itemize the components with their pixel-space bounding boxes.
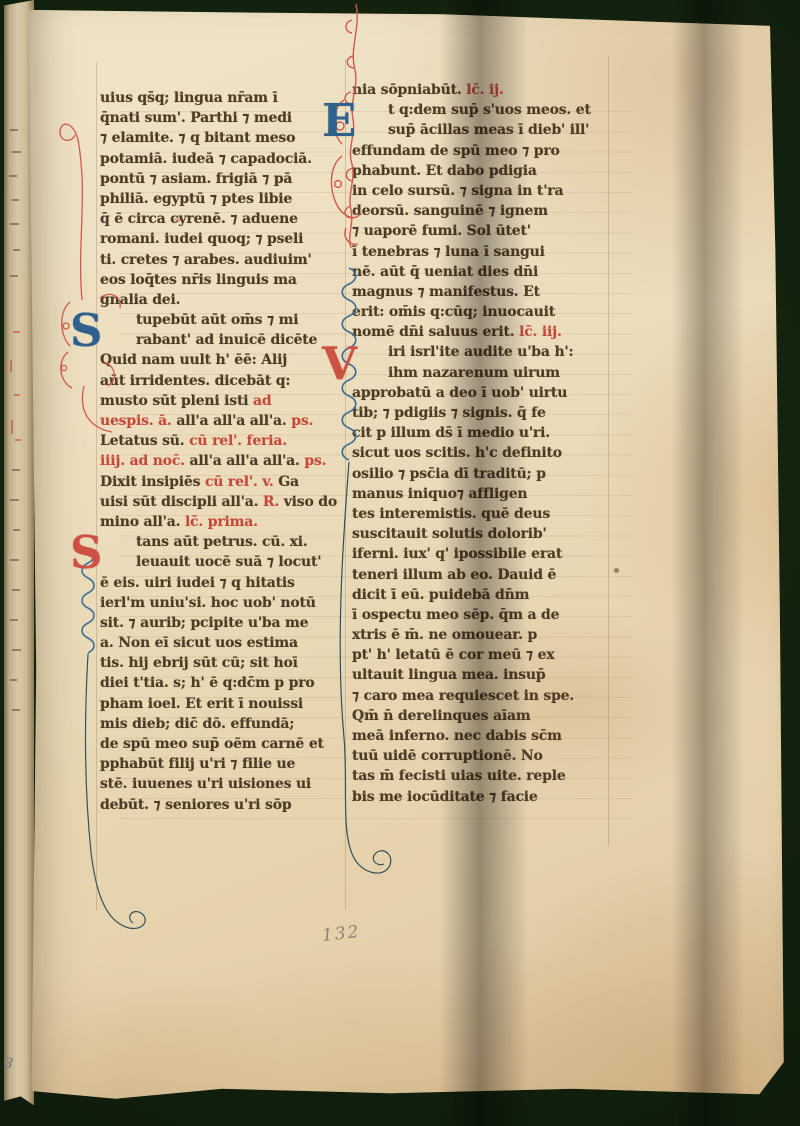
body-text: deorsū. sanguinē ⁊ ignem	[352, 203, 548, 219]
body-text: musto sūt pleni isti	[100, 393, 253, 409]
manuscript-photo: uius qs̄q; lingua nr̄am īq̄nati sum'. Pa…	[0, 0, 800, 1126]
ruling-line-center	[345, 58, 346, 910]
manuscript-text-line: iferni. iux' q' ipossibile erat	[352, 544, 604, 564]
manuscript-text-line: tas m̄ fecisti uias uite. reple	[352, 766, 604, 786]
body-text: Quid nam uult h' ēē: Alij	[100, 352, 287, 368]
body-text: ⁊ caro mea requiescet in spe.	[352, 688, 574, 704]
ink-spot	[614, 568, 619, 573]
manuscript-text-line: leuauit uocē suā ⁊ locut'	[136, 552, 340, 572]
body-text: ⁊ elamite. ⁊ q bitant meso	[100, 130, 295, 146]
body-text: ⁊ uaporē fumi. Sol ūtet'	[352, 223, 531, 239]
body-text: all'a all'a all'a.	[176, 413, 291, 429]
manuscript-text-line: sit. ⁊ aurib; pcipite u'ba me	[100, 613, 340, 633]
manuscript-text-line: in celo sursū. ⁊ signa in t'ra	[352, 181, 604, 201]
manuscript-text-line: pontū ⁊ asiam. frigiā ⁊ pā	[100, 169, 340, 189]
manuscript-text-line: Dixit insipiēs cū rel'. v. Ga	[100, 472, 340, 492]
manuscript-text-line: ē eis. uiri iudei ⁊ q hitatis	[100, 573, 340, 593]
manuscript-text-line: a. Non eī sicut uos estima	[100, 633, 340, 653]
manuscript-text-line: nē. aūt q̄ ueniat dies dn̄i	[352, 262, 604, 282]
manuscript-text-line: gnalia dei.	[100, 290, 340, 310]
body-text: in celo sursū. ⁊ signa in t'ra	[352, 183, 563, 199]
body-text: philiā. egyptū ⁊ ptes libie	[100, 191, 292, 207]
ruling-line-left	[96, 62, 97, 910]
body-text: pphabūt filij u'ri ⁊ filie ue	[100, 756, 295, 772]
body-text: a. Non eī sicut uos estima	[100, 635, 298, 651]
manuscript-text-line: t q:dem sup̄ s'uos meos. et	[388, 100, 604, 120]
body-text: nomē dn̄i saluus erit.	[352, 324, 519, 340]
manuscript-text-line: uius qs̄q; lingua nr̄am ī	[100, 88, 340, 108]
body-text: q̄nati sum'. Parthi ⁊ medi	[100, 110, 292, 126]
body-text: ultauit lingua mea. insup̄	[352, 667, 546, 683]
body-text: effundam de spū meo ⁊ pro	[352, 143, 560, 159]
body-text: cit p illum ds̄ ī medio u'ri.	[352, 425, 550, 441]
manuscript-text-line: nia sōpniabūt. lc̄. ij.	[352, 80, 604, 100]
manuscript-text-line: pham ioel. Et erit ī nouissi	[100, 694, 340, 714]
manuscript-text-line: erit: om̄is q:cūq; inuocauit	[352, 302, 604, 322]
body-text: iferni. iux' q' ipossibile erat	[352, 546, 562, 562]
body-text: Qm̄ n̄ derelinques aīam	[352, 708, 530, 724]
ruling-line-right	[608, 56, 609, 846]
manuscript-text-line: teneri illum ab eo. Dauid ē	[352, 565, 604, 585]
manuscript-text-line: ultauit lingua mea. insup̄	[352, 665, 604, 685]
manuscript-text-line: rabant' ad inuicē dicēte	[136, 330, 340, 350]
body-text: approbatū a deo ī uob' uirtu	[352, 385, 567, 401]
body-text: dicit ī eū. puidebā dn̄m	[352, 587, 529, 603]
body-text: ti. cretes ⁊ arabes. audiuim'	[100, 252, 312, 268]
body-text: potamiā. iudeā ⁊ capadociā.	[100, 151, 312, 167]
body-text: iri isrl'ite audite u'ba h':	[388, 344, 573, 360]
illuminated-initial-s: S	[70, 530, 103, 575]
body-text: manus iniquo⁊ affligen	[352, 486, 527, 502]
body-text: ī ospectu meo sēp. q̄m a de	[352, 607, 559, 623]
body-text: bis me iocūditate ⁊ facie	[352, 789, 538, 805]
body-text: pham ioel. Et erit ī nouissi	[100, 696, 303, 712]
body-text: sup̄ ācillas meas ī dieb' ill'	[388, 122, 589, 138]
manuscript-text-line: diei t'tia. s; h' ē q:dc̄m p pro	[100, 673, 340, 693]
manuscript-text-line: ti. cretes ⁊ arabes. audiuim'	[100, 250, 340, 270]
rubric-text: R.	[263, 494, 284, 510]
body-text: q̄ ē circa cyrenē. ⁊ aduene	[100, 211, 298, 227]
body-text: tib; ⁊ pdigiis ⁊ signis. q̄ fe	[352, 405, 546, 421]
body-text: t q:dem sup̄ s'uos meos. et	[388, 102, 591, 118]
manuscript-text-line: iiij. ad noc̄. all'a all'a all'a. ps.	[100, 451, 340, 471]
manuscript-text-line: dicit ī eū. puidebā dn̄m	[352, 585, 604, 605]
body-text: de spū meo sup̄ oēm carnē et	[100, 736, 324, 752]
manuscript-text-line: mino all'a. lc̄. prima.	[100, 512, 340, 532]
manuscript-text-line: musto sūt pleni isti ad	[100, 391, 340, 411]
body-text: suscitauit solutis dolorib'	[352, 526, 547, 542]
manuscript-text-line: phabunt. Et dabo pdigia	[352, 161, 604, 181]
body-text: xtris ē m̄. ne omouear. p	[352, 627, 537, 643]
rubric-text: iiij. ad noc̄.	[100, 453, 190, 469]
manuscript-text-line: Quid nam uult h' ēē: Alij	[100, 350, 340, 370]
rubric-text: cū rel'. feria.	[189, 433, 287, 449]
manuscript-text-line: effundam de spū meo ⁊ pro	[352, 141, 604, 161]
manuscript-text-line: ⁊ elamite. ⁊ q bitant meso	[100, 128, 340, 148]
body-text: pontū ⁊ asiam. frigiā ⁊ pā	[100, 171, 292, 187]
manuscript-text-line: uisi sūt discipli all'a. R. viso do	[100, 492, 340, 512]
manuscript-text-line: de spū meo sup̄ oēm carnē et	[100, 734, 340, 754]
body-text: nē. aūt q̄ ueniat dies dn̄i	[352, 264, 538, 280]
body-text: rabant' ad inuicē dicēte	[136, 332, 317, 348]
body-text: Letatus sū.	[100, 433, 189, 449]
manuscript-text-line: q̄nati sum'. Parthi ⁊ medi	[100, 108, 340, 128]
illuminated-initial-s: S	[70, 308, 103, 353]
body-text: mis dieb; dic̄ dō. effundā;	[100, 716, 294, 732]
body-text: eos loq̄tes nr̄is linguis ma	[100, 272, 297, 288]
body-text: meā inferno. nec dabis sc̄m	[352, 728, 562, 744]
body-text: Ga	[278, 474, 299, 490]
manuscript-text-line: ⁊ caro mea requiescet in spe.	[352, 686, 604, 706]
body-text: tupebūt aūt om̄s ⁊ mi	[136, 312, 298, 328]
body-text: nia sōpniabūt.	[352, 82, 466, 98]
body-text: teneri illum ab eo. Dauid ē	[352, 567, 556, 583]
book-gutter-page-edges	[4, 0, 34, 1112]
rubric-text: uespis. ā.	[100, 413, 176, 429]
body-text: pt' h' letatū ē cor meū ⁊ ex	[352, 647, 554, 663]
manuscript-text-line: approbatū a deo ī uob' uirtu	[352, 383, 604, 403]
manuscript-text-line: sicut uos scitis. h'c definito	[352, 443, 604, 463]
body-text: tes interemistis. quē deus	[352, 506, 550, 522]
rubric-text: ps.	[304, 453, 326, 469]
manuscript-text-line: bis me iocūditate ⁊ facie	[352, 787, 604, 807]
body-text: leuauit uocē suā ⁊ locut'	[136, 554, 321, 570]
body-text: romani. iudei quoq; ⁊ pseli	[100, 231, 303, 247]
manuscript-text-line: mis dieb; dic̄ dō. effundā;	[100, 714, 340, 734]
manuscript-text-line: xtris ē m̄. ne omouear. p	[352, 625, 604, 645]
manuscript-text-line: osilio ⁊ psc̄ia dī traditū; p	[352, 464, 604, 484]
manuscript-text-line: meā inferno. nec dabis sc̄m	[352, 726, 604, 746]
manuscript-text-line: suscitauit solutis dolorib'	[352, 524, 604, 544]
manuscript-text-line: q̄ ē circa cyrenē. ⁊ aduene	[100, 209, 340, 229]
manuscript-text-line: philiā. egyptū ⁊ ptes libie	[100, 189, 340, 209]
body-text: uisi sūt discipli all'a.	[100, 494, 263, 510]
rubric-text: lc̄. iij.	[519, 324, 562, 340]
body-text: ihm nazarenum uirum	[388, 365, 560, 381]
body-text: sit. ⁊ aurib; pcipite u'ba me	[100, 615, 308, 631]
manuscript-text-line: tuū uidē corruptionē. No	[352, 746, 604, 766]
illuminated-initial-e: E	[322, 98, 356, 143]
body-text: uius qs̄q; lingua nr̄am ī	[100, 90, 278, 106]
body-text: tas m̄ fecisti uias uite. reple	[352, 768, 566, 784]
rubric-text: lc̄. ij.	[466, 82, 503, 98]
manuscript-text-line: deorsū. sanguinē ⁊ ignem	[352, 201, 604, 221]
body-text: tuū uidē corruptionē. No	[352, 748, 543, 764]
manuscript-text-line: Letatus sū. cū rel'. feria.	[100, 431, 340, 451]
manuscript-text-line: manus iniquo⁊ affligen	[352, 484, 604, 504]
body-text: viso do	[284, 494, 337, 510]
folio-number-pencil: 132	[321, 922, 361, 946]
manuscript-text-line: tupebūt aūt om̄s ⁊ mi	[136, 310, 340, 330]
manuscript-text-line: cit p illum ds̄ ī medio u'ri.	[352, 423, 604, 443]
manuscript-text-line: ⁊ uaporē fumi. Sol ūtet'	[352, 221, 604, 241]
body-text: phabunt. Et dabo pdigia	[352, 163, 537, 179]
body-text: stē. iuuenes u'ri uisiones ui	[100, 776, 311, 792]
manuscript-text-line: stē. iuuenes u'ri uisiones ui	[100, 774, 340, 794]
illuminated-initial-v: V	[322, 341, 357, 386]
manuscript-text-line: tib; ⁊ pdigiis ⁊ signis. q̄ fe	[352, 403, 604, 423]
manuscript-text-line: ī tenebras ⁊ luna ī sangui	[352, 242, 604, 262]
manuscript-text-line: Qm̄ n̄ derelinques aīam	[352, 706, 604, 726]
manuscript-text-line: ī ospectu meo sēp. q̄m a de	[352, 605, 604, 625]
manuscript-text-line: nomē dn̄i saluus erit. lc̄. iij.	[352, 322, 604, 342]
manuscript-text-line: eos loq̄tes nr̄is linguis ma	[100, 270, 340, 290]
body-text: ī tenebras ⁊ luna ī sangui	[352, 244, 545, 260]
body-text: aūt irridentes. dicebāt q:	[100, 373, 290, 389]
manuscript-text-line: sup̄ ācillas meas ī dieb' ill'	[388, 120, 604, 140]
manuscript-text-line: ihm nazarenum uirum	[388, 363, 604, 383]
manuscript-text-line: tans aūt petrus. cū. xi.	[136, 532, 340, 552]
body-text: mino all'a.	[100, 514, 185, 530]
manuscript-text-line: aūt irridentes. dicebāt q:	[100, 371, 340, 391]
body-text: diei t'tia. s; h' ē q:dc̄m p pro	[100, 675, 315, 691]
manuscript-text-line: magnus ⁊ manifestus. Et	[352, 282, 604, 302]
rubric-text: lc̄. prima.	[185, 514, 258, 530]
manuscript-text-line: potamiā. iudeā ⁊ capadociā.	[100, 149, 340, 169]
manuscript-text-line: tis. hij ebrij sūt cū; sit hoī	[100, 653, 340, 673]
text-column-left: uius qs̄q; lingua nr̄am īq̄nati sum'. Pa…	[100, 88, 340, 815]
body-text: tans aūt petrus. cū. xi.	[136, 534, 308, 550]
rubric-text: ad	[253, 393, 271, 409]
manuscript-text-line: pphabūt filij u'ri ⁊ filie ue	[100, 754, 340, 774]
body-text: ē eis. uiri iudei ⁊ q hitatis	[100, 575, 295, 591]
body-text: sicut uos scitis. h'c definito	[352, 445, 562, 461]
manuscript-text-line: romani. iudei quoq; ⁊ pseli	[100, 229, 340, 249]
manuscript-text-line: debūt. ⁊ seniores u'ri sōp	[100, 795, 340, 815]
manuscript-text-line: ierl'm uniu'si. hoc uob' notū	[100, 593, 340, 613]
body-text: Dixit insipiēs	[100, 474, 205, 490]
body-text: magnus ⁊ manifestus. Et	[352, 284, 540, 300]
body-text: gnalia dei.	[100, 292, 180, 308]
text-column-right: nia sōpniabūt. lc̄. ij.t q:dem sup̄ s'uo…	[352, 80, 604, 807]
body-text: debūt. ⁊ seniores u'ri sōp	[100, 797, 291, 813]
body-text: erit: om̄is q:cūq; inuocauit	[352, 304, 555, 320]
manuscript-text-line: iri isrl'ite audite u'ba h':	[388, 342, 604, 362]
manuscript-text-line: tes interemistis. quē deus	[352, 504, 604, 524]
rubric-text: cū rel'. v.	[205, 474, 278, 490]
body-text: osilio ⁊ psc̄ia dī traditū; p	[352, 466, 546, 482]
body-text: all'a all'a all'a.	[190, 453, 305, 469]
rubric-text: ps.	[291, 413, 313, 429]
manuscript-text-line: uespis. ā. all'a all'a all'a. ps.	[100, 411, 340, 431]
body-text: ierl'm uniu'si. hoc uob' notū	[100, 595, 316, 611]
manuscript-text-line: pt' h' letatū ē cor meū ⁊ ex	[352, 645, 604, 665]
body-text: tis. hij ebrij sūt cū; sit hoī	[100, 655, 298, 671]
